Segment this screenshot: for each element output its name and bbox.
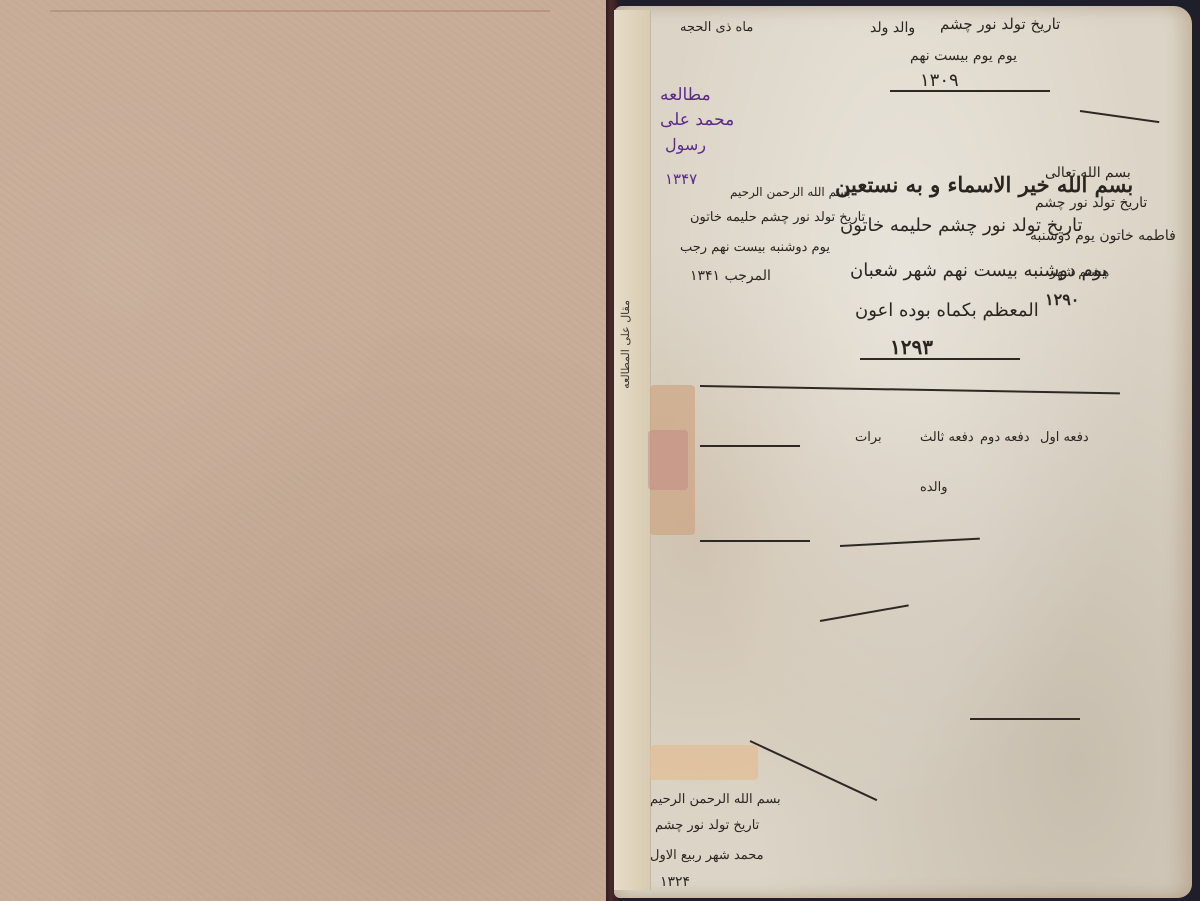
ink-underline bbox=[860, 358, 1020, 360]
purple-stamp-line: مطالعه bbox=[660, 85, 711, 105]
bottom-note-line: محمد شهر ربیع الاول bbox=[650, 848, 764, 863]
top-note: یوم یوم بیست نهم bbox=[910, 48, 1017, 64]
left-block-line: تاریخ تولد نور چشم حلیمه خاتون bbox=[690, 210, 865, 225]
ink-underline bbox=[890, 90, 1050, 92]
ledger-col: والده bbox=[920, 480, 948, 495]
purple-stamp-line: رسول bbox=[665, 135, 706, 154]
left-block-line: بسم الله الرحمن الرحیم bbox=[730, 185, 851, 199]
ledger-col: دفعه دوم bbox=[980, 430, 1030, 445]
bottom-note-line: بسم الله الرحمن الرحیم bbox=[650, 792, 781, 807]
ledger-col: برات bbox=[855, 430, 882, 445]
center-date: ۱۲۹۳ bbox=[890, 335, 933, 359]
top-note: والد ولد bbox=[870, 20, 915, 36]
cover-edge-line bbox=[50, 10, 550, 12]
right-block-line: بسم الله تعالی bbox=[1045, 165, 1131, 181]
bottom-note-date: ۱۳۲۴ bbox=[660, 874, 690, 890]
left-block-line: المرجب ۱۳۴۱ bbox=[690, 268, 771, 284]
page-margin-strip bbox=[614, 10, 651, 890]
ledger-col: دفعه اول bbox=[1040, 430, 1089, 445]
bottom-note-line: تاریخ تولد نور چشم bbox=[655, 818, 759, 833]
paper-tape-stain bbox=[650, 745, 758, 780]
margin-note: مقال على المطالعه bbox=[619, 300, 632, 389]
book-cover-endpaper bbox=[0, 0, 606, 901]
top-note: تاریخ تولد نور چشم bbox=[940, 15, 1060, 33]
right-block-line: تاریخ تولد نور چشم bbox=[1035, 195, 1147, 211]
left-block-line: یوم دوشنبه بیست نهم رجب bbox=[680, 240, 830, 255]
ledger-rule bbox=[700, 445, 800, 447]
right-block-date: ۱۲۹۰ bbox=[1045, 290, 1079, 309]
purple-stamp-line: محمد علی bbox=[660, 110, 734, 130]
paper-stain bbox=[648, 430, 688, 490]
ledger-col: دفعه ثالث bbox=[920, 430, 974, 445]
purple-stamp-line: ۱۳۴۷ bbox=[665, 170, 697, 188]
top-note-date: ۱۳۰۹ bbox=[920, 70, 959, 91]
right-block-line: هشتم شهر bbox=[1050, 265, 1109, 280]
ink-stroke bbox=[970, 718, 1080, 720]
top-note: ماه ذی الحجه bbox=[680, 20, 753, 35]
right-block-line: فاطمه خاتون یوم دوشنبه bbox=[1030, 228, 1176, 244]
ledger-rule bbox=[700, 540, 810, 542]
center-line: المعظم بکماه بوده اعون bbox=[855, 300, 1039, 321]
